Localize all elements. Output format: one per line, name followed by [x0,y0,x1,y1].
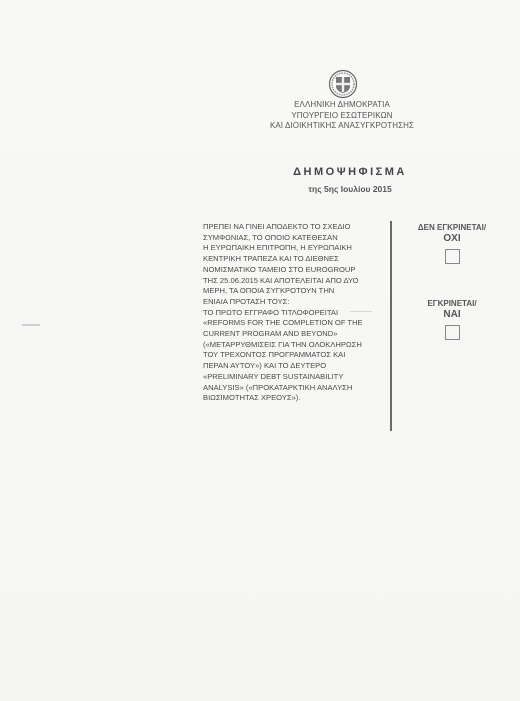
document-title: ΔΗΜΟΨΗΦΙΣΜΑ [270,166,430,178]
question-line: («ΜΕΤΑΡΡΥΘΜΙΣΕΙΣ ΓΙΑ ΤΗΝ ΟΛΟΚΛΗΡΩΣΗ [203,340,393,351]
authority-line: ΕΛΛΗΝΙΚΗ ΔΗΜΟΚΡΑΤΙΑ [262,100,422,111]
question-line: ΠΕΡΑΝ ΑΥΤΟΥ») ΚΑΙ ΤΟ ΔΕΥΤΕΡΟ [203,361,393,372]
option-no-answer: ΟΧΙ [397,233,507,244]
question-line: ΜΕΡΗ, ΤΑ ΟΠΟΙΑ ΣΥΓΚΡΟΤΟΥΝ ΤΗΝ [203,286,393,297]
authority-line: ΥΠΟΥΡΓΕΙΟ ΕΣΩΤΕΡΙΚΩΝ [262,111,422,122]
question-line: ΣΥΜΦΩΝΙΑΣ, ΤΟ ΟΠΟΙΟ ΚΑΤΕΘΕΣΑΝ [203,233,393,244]
question-line: ΝΟΜΙΣΜΑΤΙΚΟ ΤΑΜΕΙΟ ΣΤΟ EUROGROUP [203,265,393,276]
question-line: Η ΕΥΡΩΠΑΙΚΗ ΕΠΙΤΡΟΠΗ, Η ΕΥΡΩΠΑΙΚΗ [203,243,393,254]
option-no: ΔΕΝ ΕΓΚΡΙΝΕΤΑΙ/ ΟΧΙ [397,223,507,264]
greek-coat-of-arms-icon [328,69,358,99]
option-yes-checkbox[interactable] [445,325,460,340]
question-line: ΕΝΙΑΙΑ ΠΡΟΤΑΣΗ ΤΟΥΣ: [203,297,393,308]
question-line: ΤΗΣ 25.06.2015 ΚΑΙ ΑΠΟΤΕΛΕΙΤΑΙ ΑΠΟ ΔΥΟ [203,276,393,287]
question-line: ΠΡΕΠΕΙ ΝΑ ΓΙΝΕΙ ΑΠΟΔΕΚΤΟ ΤΟ ΣΧΕΔΙΟ [203,222,393,233]
question-line: «REFORMS FOR THE COMPLETION OF THE [203,318,393,329]
question-line: ΒΙΩΣΙΜΟΤΗΤΑΣ ΧΡΕΟΥΣ»). [203,393,393,404]
option-no-checkbox[interactable] [445,249,460,264]
question-line: ΤΟΥ ΤΡΕΧΟΝΤΟΣ ΠΡΟΓΡΑΜΜΑΤΟΣ ΚΑΙ [203,350,393,361]
issuing-authority: ΕΛΛΗΝΙΚΗ ΔΗΜΟΚΡΑΤΙΑ ΥΠΟΥΡΓΕΙΟ ΕΣΩΤΕΡΙΚΩΝ… [262,100,422,132]
question-line: ΤΟ ΠΡΩΤΟ ΕΓΓΡΑΦΟ ΤΙΤΛΟΦΟΡΕΙΤΑΙ [203,308,393,319]
document-date: της 5ης Ιουλίου 2015 [270,184,430,194]
question-line: ANALYSIS» («ΠΡΟΚΑΤΑΡΚΤΙΚΗ ΑΝΑΛΥΣΗ [203,383,393,394]
option-no-label: ΔΕΝ ΕΓΚΡΙΝΕΤΑΙ/ [397,223,507,232]
option-yes-label: ΕΓΚΡΙΝΕΤΑΙ/ [397,299,507,308]
smudge-mark [22,324,40,326]
question-line: ΚΕΝΤΡΙΚΗ ΤΡΑΠΕΖΑ ΚΑΙ ΤΟ ΔΙΕΘΝΕΣ [203,254,393,265]
faint-mark [350,311,372,312]
vertical-divider [390,221,392,431]
option-yes-answer: ΝΑΙ [397,309,507,320]
question-line: CURRENT PROGRAM AND BEYOND» [203,329,393,340]
option-yes: ΕΓΚΡΙΝΕΤΑΙ/ ΝΑΙ [397,299,507,340]
ballot-paper: ΕΛΛΗΝΙΚΗ ΔΗΜΟΚΡΑΤΙΑ ΥΠΟΥΡΓΕΙΟ ΕΣΩΤΕΡΙΚΩΝ… [0,0,520,701]
authority-line: ΚΑΙ ΔΙΟΙΚΗΤΙΚΗΣ ΑΝΑΣΥΓΚΡΟΤΗΣΗΣ [262,121,422,132]
referendum-question: ΠΡΕΠΕΙ ΝΑ ΓΙΝΕΙ ΑΠΟΔΕΚΤΟ ΤΟ ΣΧΕΔΙΟΣΥΜΦΩΝ… [203,222,393,404]
question-line: «PRELIMINARY DEBT SUSTAINABILITY [203,372,393,383]
